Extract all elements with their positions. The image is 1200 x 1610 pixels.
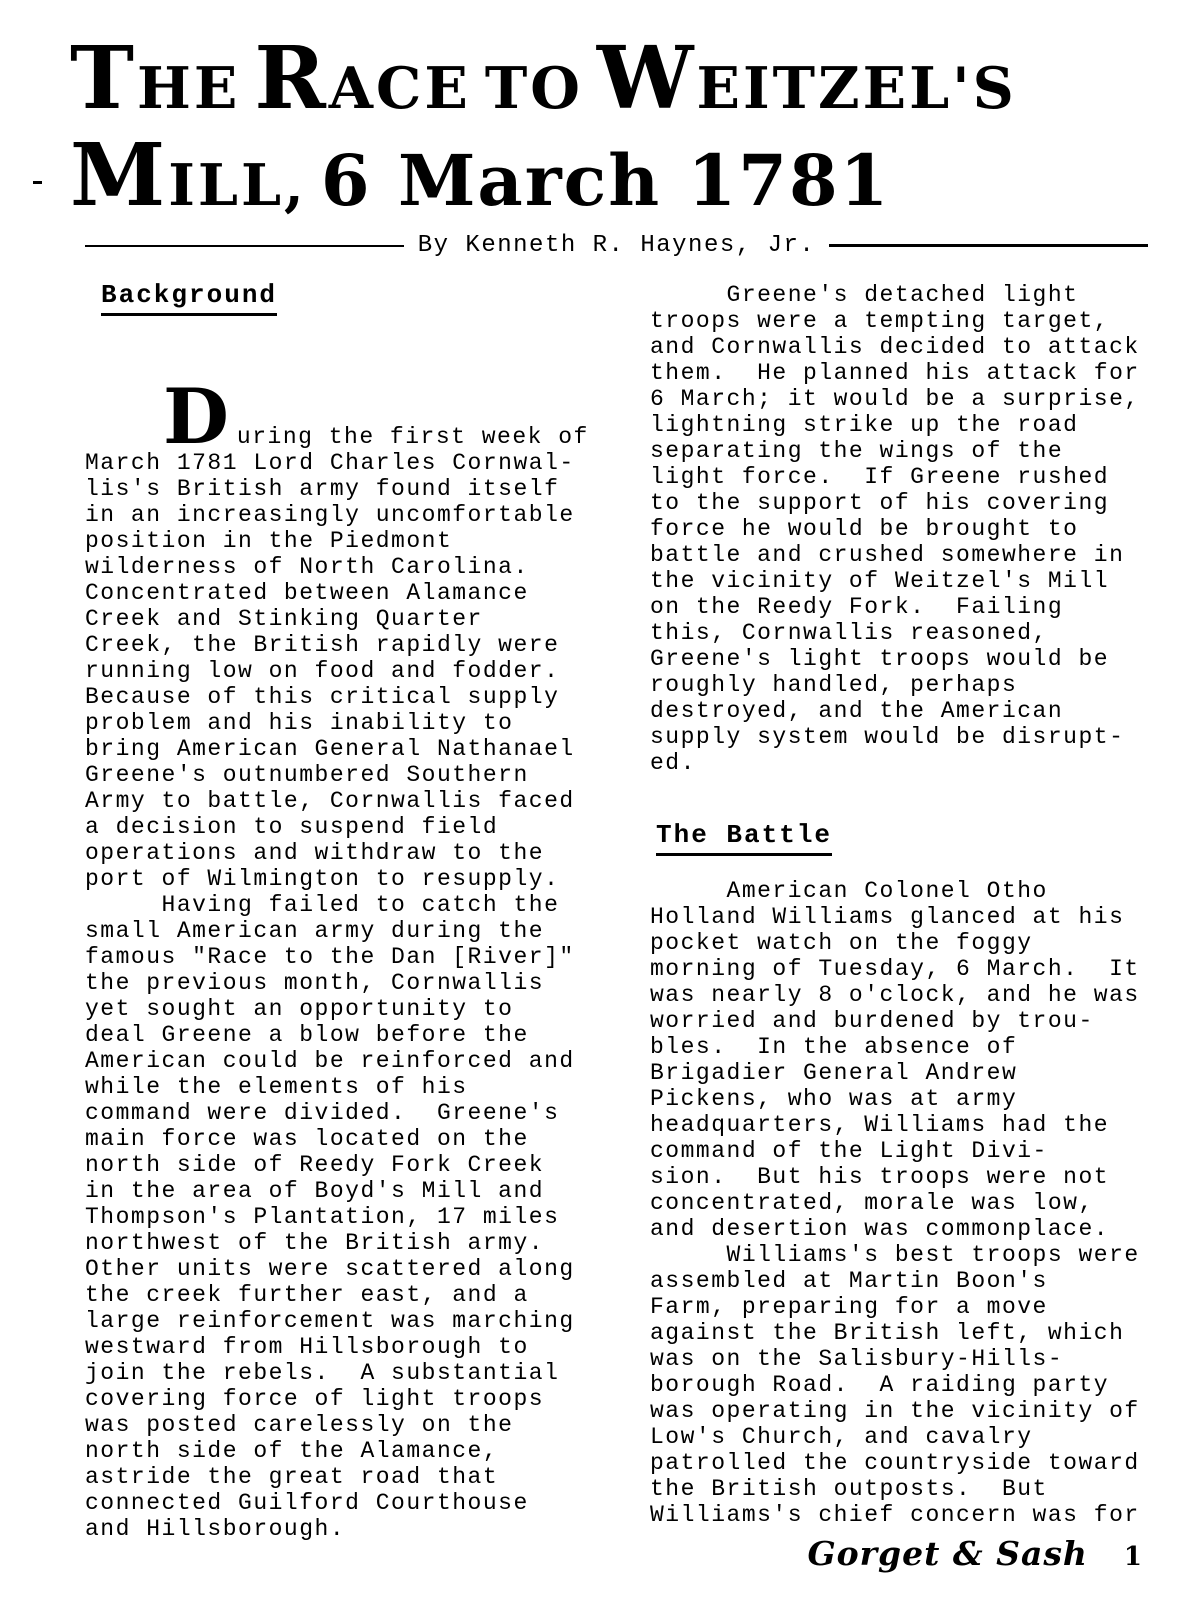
title-line-1: TheRacetoWeitzel's xyxy=(70,28,1160,125)
background-heading-wrap: Background xyxy=(85,280,603,316)
battle-heading: The Battle xyxy=(656,820,832,856)
byline: By Kenneth R. Haynes, Jr. xyxy=(85,232,1148,259)
title-word: 6 March 1781 xyxy=(321,139,891,222)
byline-text: By Kenneth R. Haynes, Jr. xyxy=(418,232,816,259)
byline-rule-right xyxy=(829,244,1148,247)
background-paragraph-2: Having failed to catch the small America… xyxy=(85,892,603,1542)
article-title: TheRacetoWeitzel's Mill,6 March 1781 xyxy=(70,28,1160,222)
background-paragraph-3: Greene's detached light troops were a te… xyxy=(650,282,1162,776)
title-word: to xyxy=(485,55,583,122)
battle-paragraph-2: Williams's best troops were assembled at… xyxy=(650,1242,1162,1528)
left-column: Background During the first week of Marc… xyxy=(85,280,603,1542)
background-heading: Background xyxy=(101,280,277,316)
dropcap-initial: D xyxy=(163,372,229,461)
battle-heading-wrap: The Battle xyxy=(650,820,1162,856)
title-word: Race xyxy=(254,28,471,129)
background-paragraph-1: During the first week of March 1781 Lord… xyxy=(85,404,603,892)
title-word: Weitzel's xyxy=(597,28,1017,129)
document-page: TheRacetoWeitzel's Mill,6 March 1781 By … xyxy=(0,0,1200,1610)
battle-paragraph-1: American Colonel Otho Holland Williams g… xyxy=(650,878,1162,1242)
title-word: The xyxy=(70,28,240,129)
right-column: Greene's detached light troops were a te… xyxy=(650,280,1162,1528)
background-paragraph-1-text: uring the first week of March 1781 Lord … xyxy=(85,424,589,892)
journal-logo: Gorget & Sash xyxy=(807,1534,1087,1573)
page-number: 1 xyxy=(1124,1542,1142,1572)
title-line-2: Mill,6 March 1781 xyxy=(70,125,1160,222)
page-footer: Gorget & Sash 1 xyxy=(807,1534,1142,1573)
scan-artifact xyxy=(33,181,42,184)
title-word: Mill, xyxy=(70,125,307,226)
byline-rule-left xyxy=(85,245,404,247)
